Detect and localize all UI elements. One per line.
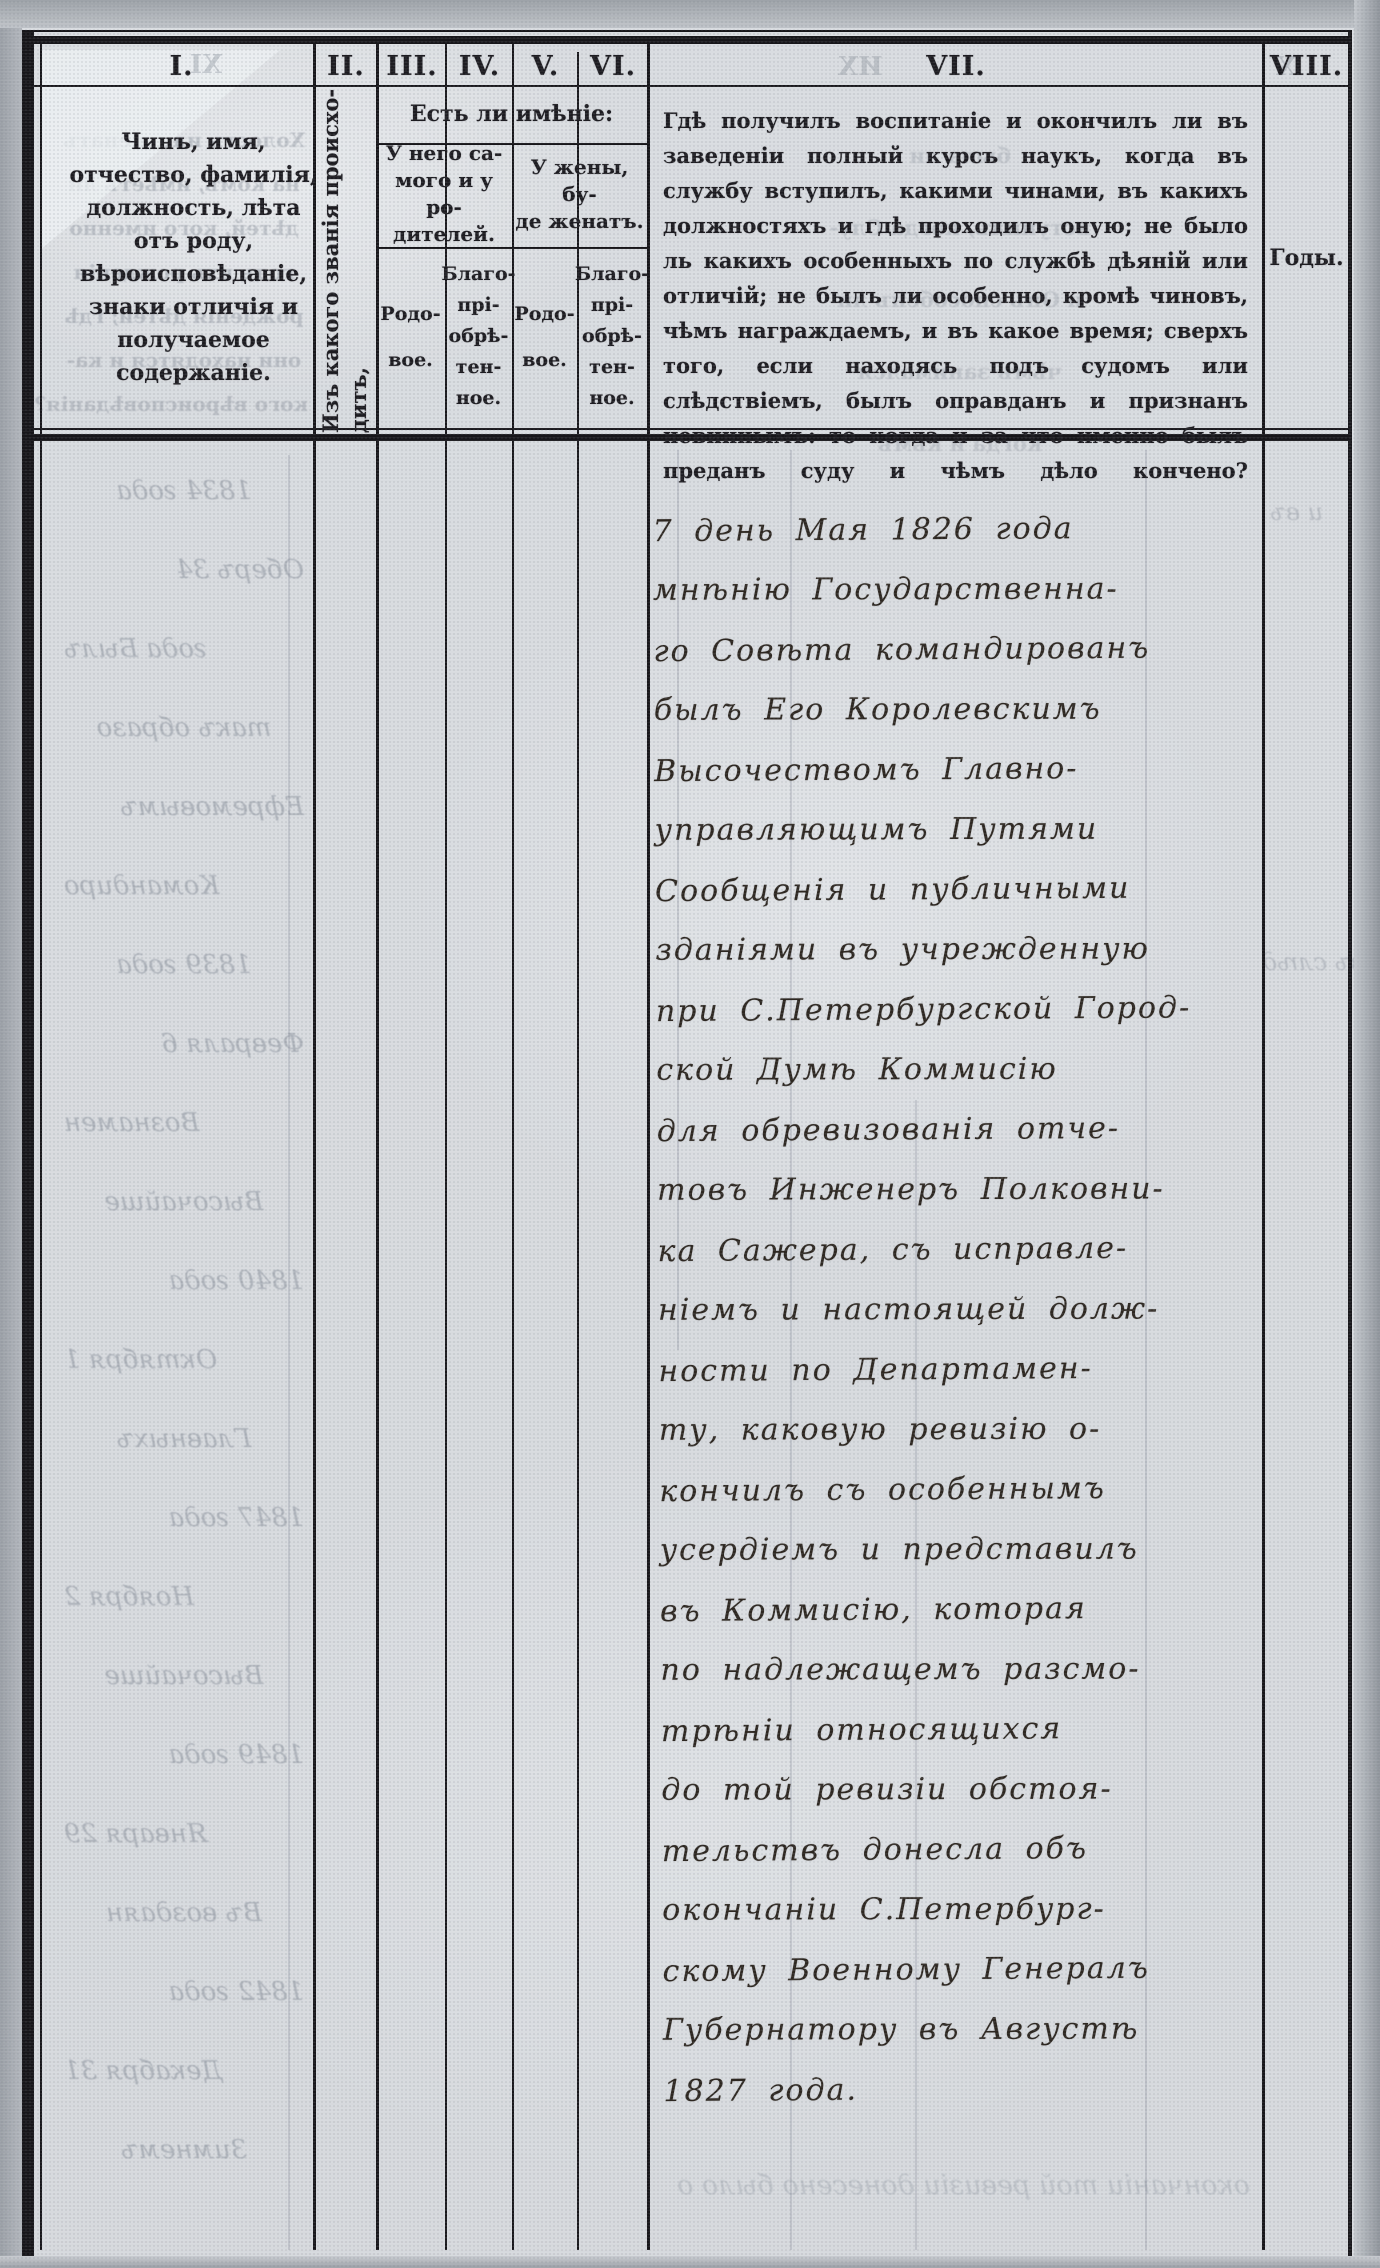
bleedthrough-line: Декабря 31: [64, 2032, 304, 2111]
estate-title: Есть ли имѣніе:: [376, 87, 647, 141]
bleedthrough-line: Февраля 6: [64, 1005, 304, 1084]
bleedthrough-line: Октября 1: [64, 1321, 304, 1400]
scan-edge-right: [1354, 0, 1380, 2268]
column-header-VIII: VIII.: [1265, 48, 1348, 85]
manuscript-line: го Совѣта командированъ: [653, 618, 1253, 682]
manuscript-line: ту, каковую ревизію о-: [659, 1399, 1259, 1461]
column-header-IV: IV.: [447, 48, 512, 85]
manuscript-line: ности по Департамен-: [658, 1338, 1258, 1402]
manuscript-line: при С.Петербургской Город-: [656, 978, 1256, 1042]
manuscript-line: окончаніи С.Петербург-: [662, 1879, 1262, 1941]
rodovoe-label-self: Родо- вое.: [376, 247, 445, 426]
manuscript-entry: 7 день Мая 1826 годамнѣнію Государственн…: [652, 498, 1263, 2122]
bleedthrough-line: такъ образо: [64, 689, 304, 768]
table-border-left: [22, 30, 34, 2256]
scan-edge-bottom: [0, 2256, 1380, 2268]
manuscript-line: 1827 года.: [663, 2058, 1263, 2122]
bleedthrough-line: Главныхъ: [64, 1400, 304, 1479]
bleedthrough-line: года Былъ: [64, 610, 304, 689]
rodovoe-label-wife: Родо- вое.: [512, 247, 577, 426]
table-border-top: [22, 36, 1352, 44]
column-header-VI: VI.: [579, 48, 647, 85]
bleedthrough-line: 1849 года: [64, 1716, 304, 1795]
col7-header-text: Гдѣ получилъ воспитаніе и окончилъ ли въ…: [647, 87, 1262, 428]
col1-header-text: Чинъ, имя, отчество, фамилія, должность,…: [50, 87, 337, 428]
col2-header-vertical-text: Изъ какого званія происхо- дитъ,: [313, 87, 376, 435]
bleedthrough-line: 1839 года: [64, 926, 304, 1005]
manuscript-line: для обревизованія отче-: [657, 1098, 1257, 1162]
table-border-left-inner: [40, 36, 42, 2250]
manuscript-line: ка Сажера, съ исправле-: [657, 1218, 1257, 1282]
bleedthrough-mark: окончаніи той ревизіи донесено было о: [660, 2170, 1250, 2201]
blagopriobretennoe-label-self: Благо- прі- обрѣ- тен- ное.: [445, 247, 512, 426]
estate-wife-label: У жены, бу- де женатъ.: [512, 143, 647, 245]
manuscript-line: Высочествомъ Главно-: [654, 738, 1254, 802]
column-header-VII: VII.: [650, 48, 1262, 85]
bleedthrough-line: Вознамен: [64, 1084, 304, 1163]
bleedthrough-line: Ефремовымъ: [64, 768, 304, 847]
bleedthrough-line: Ноября 2: [64, 1558, 304, 1637]
bleedthrough-line: Оберъ 34: [64, 531, 304, 610]
manuscript-line: кончилъ съ особеннымъ: [659, 1458, 1259, 1522]
scan-edge-top: [0, 0, 1380, 28]
scanned-document-page: 1834 годаОберъ 34года Былътакъ образоЕфр…: [0, 0, 1380, 2268]
manuscript-line: былъ Его Королевскимъ: [654, 679, 1254, 741]
bleedthrough-left-column: 1834 годаОберъ 34года Былътакъ образоЕфр…: [64, 452, 304, 2190]
manuscript-line: по надлежащемъ разсмо-: [660, 1639, 1260, 1701]
bleedthrough-line: Января 29: [64, 1795, 304, 1874]
bleedthrough-line: 1842 года: [64, 1953, 304, 2032]
bleedthrough-line: Зимнемъ: [64, 2111, 304, 2190]
bleedthrough-line: Командиро: [64, 847, 304, 926]
manuscript-line: тельствъ донесла объ: [662, 1818, 1262, 1882]
bleedthrough-line: Высочайше: [64, 1637, 304, 1716]
table-border-right: [1348, 30, 1352, 2268]
bleedthrough-line: 1840 года: [64, 1242, 304, 1321]
manuscript-line: до той ревизіи обстоя-: [661, 1759, 1261, 1821]
scan-edge-left: [0, 0, 22, 2268]
manuscript-line: ніемъ и настоящей долж-: [658, 1279, 1258, 1341]
manuscript-line: ской Думѣ Коммисію: [656, 1039, 1256, 1101]
col8-header-text: Годы.: [1265, 87, 1348, 428]
manuscript-line: Сообщенія и публичными: [655, 858, 1255, 922]
bleedthrough-line: Въ воздаян: [64, 1874, 304, 1953]
estate-self-label: У него са- мого и у ро- дителей.: [376, 143, 512, 245]
manuscript-line: въ Коммисію, которая: [660, 1578, 1260, 1642]
bleedthrough-rule: [288, 455, 290, 2250]
manuscript-line: мнѣнію Государственна-: [653, 559, 1253, 621]
manuscript-line: управляющимъ Путями: [655, 799, 1255, 861]
column-header-II: II.: [316, 48, 376, 85]
manuscript-line: зданіями въ учрежденную: [655, 919, 1255, 981]
column-header-I: I.: [50, 48, 313, 85]
table-border-top-outer: [22, 30, 1352, 32]
manuscript-line: трѣніи относящихся: [661, 1698, 1261, 1762]
manuscript-line: усердіемъ и представилъ: [660, 1519, 1260, 1581]
manuscript-line: скому Военному Генералъ: [662, 1938, 1262, 2002]
manuscript-line: 7 день Мая 1826 года: [652, 498, 1252, 562]
column-header-V: V.: [514, 48, 577, 85]
bleedthrough-line: 1847 года: [64, 1479, 304, 1558]
bleedthrough-line: 1834 года: [64, 452, 304, 531]
column-header-III: III.: [379, 48, 445, 85]
bleedthrough-mark: и въ: [1270, 498, 1323, 526]
manuscript-line: Губернатору въ Августѣ: [663, 1999, 1263, 2061]
bleedthrough-line: Высочайше: [64, 1163, 304, 1242]
blagopriobretennoe-label-wife: Благо- прі- обрѣ- тен- ное.: [577, 247, 647, 426]
manuscript-line: товъ Инженеръ Полковни-: [657, 1159, 1257, 1221]
